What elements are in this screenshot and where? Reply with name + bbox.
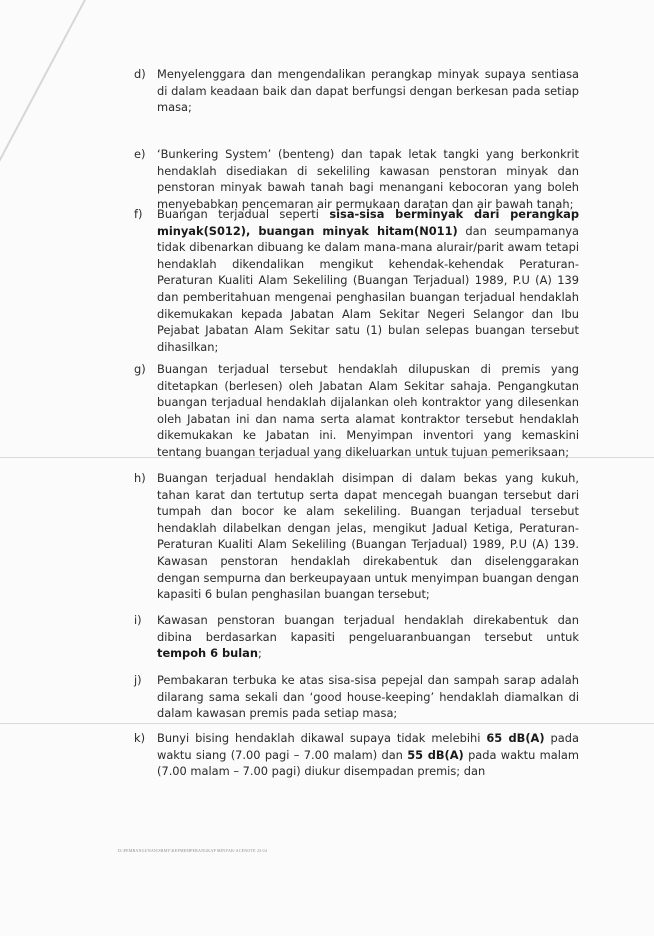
emphasis-text: tempoh 6 bulan (157, 646, 258, 660)
body-text: ; (258, 646, 262, 660)
item-text: Kawasan penstoran buangan terjadual hend… (157, 612, 579, 662)
body-text: Bunyi bising hendaklah dikawal supaya ti… (157, 731, 486, 745)
item-label: g) (134, 361, 157, 461)
item-label: j) (134, 672, 157, 722)
item-label: k) (134, 730, 157, 780)
item-text: Pembakaran terbuka ke atas sisa-sisa pep… (157, 672, 579, 722)
emphasis-text: 65 dB(A) (486, 731, 544, 745)
body-text: dan seumpamanya tidak dibenarkan dibuang… (157, 224, 579, 354)
body-text: Kawasan penstoran buangan terjadual hend… (157, 613, 579, 644)
list-item-i: i)Kawasan penstoran buangan terjadual he… (134, 612, 579, 662)
body-text: Pembakaran terbuka ke atas sisa-sisa pep… (157, 673, 579, 720)
item-label: h) (134, 470, 157, 603)
item-label: f) (134, 206, 157, 355)
paper-crease (0, 0, 102, 253)
footer-file-path: D:\PEMBANGUNAN\SRMY\KEPMEMPERANGKAP MINY… (118, 848, 267, 853)
body-text: Menyelenggara dan mengendalikan perangka… (157, 67, 579, 114)
item-label: i) (134, 612, 157, 662)
item-label: e) (134, 146, 157, 212)
list-item-e: e)‘Bunkering System’ (benteng) dan tapak… (134, 146, 579, 212)
list-item-f: f)Buangan terjadual seperti sisa-sisa be… (134, 206, 579, 355)
item-text: Buangan terjadual seperti sisa-sisa berm… (157, 206, 579, 355)
list-item-h: h)Buangan terjadual hendaklah disimpan d… (134, 470, 579, 603)
list-item-d: d)Menyelenggara dan mengendalikan perang… (134, 66, 579, 116)
item-text: Bunyi bising hendaklah dikawal supaya ti… (157, 730, 579, 780)
list-item-j: j)Pembakaran terbuka ke atas sisa-sisa p… (134, 672, 579, 722)
item-label: d) (134, 66, 157, 116)
item-text: Buangan terjadual hendaklah disimpan di … (157, 470, 579, 603)
item-text: Menyelenggara dan mengendalikan perangka… (157, 66, 579, 116)
emphasis-text: 55 dB(A) (407, 748, 464, 762)
body-text: Buangan terjadual hendaklah disimpan di … (157, 471, 579, 601)
list-item-g: g)Buangan terjadual tersebut hendaklah d… (134, 361, 579, 461)
item-text: ‘Bunkering System’ (benteng) dan tapak l… (157, 146, 579, 212)
body-text: Buangan terjadual seperti (157, 207, 329, 221)
fold-line (0, 723, 654, 724)
list-item-k: k)Bunyi bising hendaklah dikawal supaya … (134, 730, 579, 780)
body-text: ‘Bunkering System’ (benteng) dan tapak l… (157, 147, 579, 211)
body-text: Buangan terjadual tersebut hendaklah dil… (157, 362, 579, 459)
item-text: Buangan terjadual tersebut hendaklah dil… (157, 361, 579, 461)
